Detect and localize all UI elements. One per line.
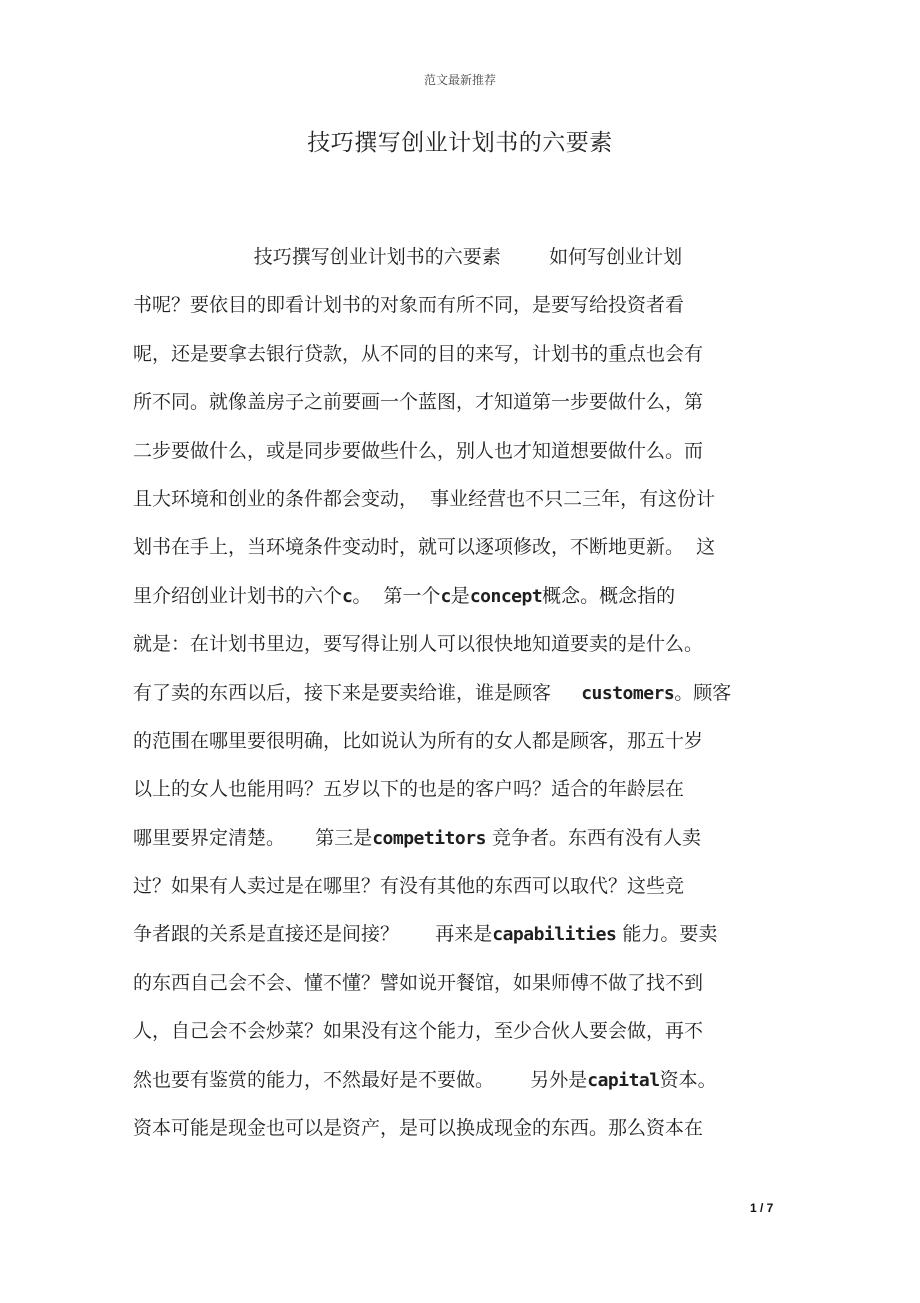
body-line: 有了卖的东西以后，接下来是要卖给谁，谁是顾客 customers。顾客 [133, 678, 793, 726]
text-run: 呢，还是要拿去银行贷款，从不同的目的来写，计划书的重点也会有 [133, 343, 703, 365]
body-line: 过？如果有人卖过是在哪里？有没有其他的东西可以取代？这些竞 [133, 871, 793, 919]
text-run: 二步要做什么，或是同步要做些什么，别人也才知道想要做什么。而 [133, 440, 703, 462]
text-run: 所不同。就像盖房子之前要画一个蓝图，才知道第一步要做什么，第 [133, 391, 703, 413]
document-title: 技巧撰写创业计划书的六要素 [0, 124, 920, 157]
text-run: 就是：在计划书里边，要写得让别人可以很快地知道要卖的是什么。 [133, 633, 703, 655]
text-run: 。顾客 [674, 682, 731, 704]
body-line: 然也要有鉴赏的能力，不然最好是不要做。 另外是capital资本。 [133, 1065, 793, 1113]
text-run: 技巧撰写创业计划书的六要素 如何写创业计划 [133, 246, 682, 268]
latin-term: capital [587, 1070, 659, 1091]
text-run: 有了卖的东西以后，接下来是要卖给谁，谁是顾客 [133, 682, 581, 704]
text-run: 划书在手上，当环境条件变动时，就可以逐项修改，不断地更新。 这 [133, 536, 715, 558]
page-header-note: 范文最新推荐 [0, 71, 920, 88]
body-line: 争者跟的关系是直接还是间接？ 再来是capabilities 能力。要卖 [133, 919, 793, 967]
text-run: 概念。概念指的 [542, 585, 675, 607]
latin-term: capabilities [492, 924, 616, 945]
text-run: 里介绍创业计划书的六个 [133, 585, 342, 607]
text-run: 的东西自己会不会、懂不懂？譬如说开餐馆，如果师傅不做了找不到 [133, 972, 703, 994]
body-line: 二步要做什么，或是同步要做些什么，别人也才知道想要做什么。而 [133, 436, 793, 484]
text-run: 资本。 [660, 1069, 717, 1091]
text-run: 。 第一个 [352, 585, 440, 607]
body-line: 所不同。就像盖房子之前要画一个蓝图，才知道第一步要做什么，第 [133, 387, 793, 435]
text-run: 以上的女人也能用吗？五岁以下的也是的客户吗？适合的年龄层在 [133, 778, 684, 800]
text-run: 人，自己会不会炒菜？如果没有这个能力，至少合伙人要会做，再不 [133, 1020, 703, 1042]
text-run: 哪里要界定清楚。 第三是 [133, 827, 372, 849]
text-run: 过？如果有人卖过是在哪里？有没有其他的东西可以取代？这些竞 [133, 875, 684, 897]
page-number: 1 / 7 [750, 1201, 773, 1215]
text-run: 书呢？要依目的即看计划书的对象而有所不同，是要写给投资者看 [133, 294, 684, 316]
text-run: 能力。要卖 [616, 923, 717, 945]
body-line: 以上的女人也能用吗？五岁以下的也是的客户吗？适合的年龄层在 [133, 774, 793, 822]
text-run: 资本可能是现金也可以是资产，是可以换成现金的东西。那么资本在 [133, 1117, 703, 1139]
body-line: 呢，还是要拿去银行贷款，从不同的目的来写，计划书的重点也会有 [133, 339, 793, 387]
body-line: 且大环境和创业的条件都会变动， 事业经营也不只二三年，有这份计 [133, 484, 793, 532]
text-run: 是 [451, 585, 470, 607]
text-run: 的范围在哪里要很明确，比如说认为所有的女人都是顾客，那五十岁 [133, 730, 703, 752]
body-line: 的范围在哪里要很明确，比如说认为所有的女人都是顾客，那五十岁 [133, 726, 793, 774]
text-run: 争者跟的关系是直接还是间接？ 再来是 [133, 923, 492, 945]
body-line: 资本可能是现金也可以是资产，是可以换成现金的东西。那么资本在 [133, 1113, 793, 1161]
text-run: 且大环境和创业的条件都会变动， 事业经营也不只二三年，有这份计 [133, 488, 715, 510]
body-line: 里介绍创业计划书的六个c。 第一个c是concept概念。概念指的 [133, 581, 793, 629]
text-run: 竞争者。东西有没有人卖 [486, 827, 701, 849]
body-line: 就是：在计划书里边，要写得让别人可以很快地知道要卖的是什么。 [133, 629, 793, 677]
text-run: 然也要有鉴赏的能力，不然最好是不要做。 另外是 [133, 1069, 587, 1091]
latin-term: c [342, 586, 352, 607]
body-line: 的东西自己会不会、懂不懂？譬如说开餐馆，如果师傅不做了找不到 [133, 968, 793, 1016]
latin-term: customers [581, 683, 674, 704]
body-line: 技巧撰写创业计划书的六要素 如何写创业计划 [133, 242, 793, 290]
body-line: 人，自己会不会炒菜？如果没有这个能力，至少合伙人要会做，再不 [133, 1016, 793, 1064]
body-line: 哪里要界定清楚。 第三是competitors 竞争者。东西有没有人卖 [133, 823, 793, 871]
body-line: 划书在手上，当环境条件变动时，就可以逐项修改，不断地更新。 这 [133, 532, 793, 580]
body-line: 书呢？要依目的即看计划书的对象而有所不同，是要写给投资者看 [133, 290, 793, 338]
document-body: 技巧撰写创业计划书的六要素 如何写创业计划书呢？要依目的即看计划书的对象而有所不… [133, 242, 793, 1161]
latin-term: c [440, 586, 450, 607]
latin-term: concept [470, 586, 542, 607]
latin-term: competitors [372, 828, 486, 849]
